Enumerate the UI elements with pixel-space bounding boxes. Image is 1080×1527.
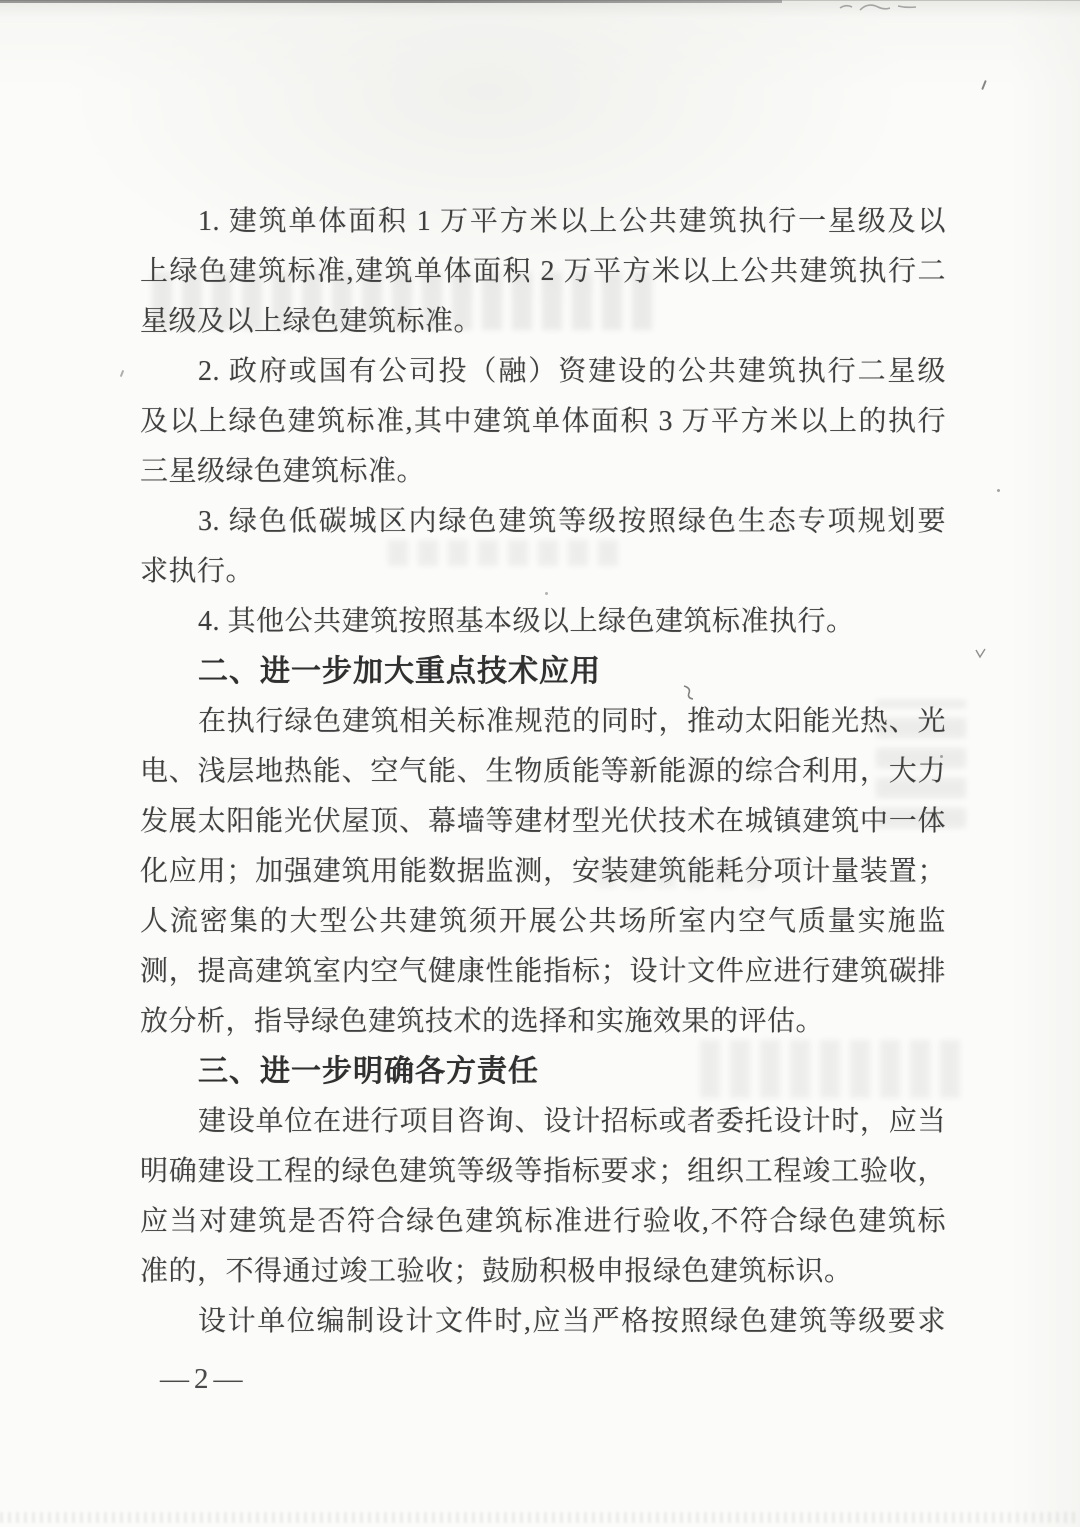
paragraph-line: 三星级绿色建筑标准。 xyxy=(140,447,946,497)
section-title: 二、进一步加大重点技术应用 xyxy=(140,647,946,697)
paragraph-line: 2. 政府或国有公司投（融）资建设的公共建筑执行二星级 xyxy=(140,347,946,397)
numbered-item-4: 4. 其他公共建筑按照基本级以上绿色建筑标准执行。 xyxy=(140,597,946,647)
paragraph-line: 放分析，指导绿色建筑技术的选择和实施效果的评估。 xyxy=(140,997,946,1047)
numbered-item-1: 1. 建筑单体面积 1 万平方米以上公共建筑执行一星级及以 上绿色建筑标准,建筑… xyxy=(140,197,946,347)
paragraph-line: 电、浅层地热能、空气能、生物质能等新能源的综合利用，大力 xyxy=(140,747,946,797)
paragraph-line: 准的，不得通过竣工验收；鼓励积极申报绿色建筑标识。 xyxy=(140,1247,946,1297)
paragraph-line: 设计单位编制设计文件时,应当严格按照绿色建筑等级要求 xyxy=(140,1297,946,1347)
paragraph-line: 1. 建筑单体面积 1 万平方米以上公共建筑执行一星级及以 xyxy=(140,197,946,247)
scan-top-edge-shadow xyxy=(0,0,782,3)
paragraph-line: 人流密集的大型公共建筑须开展公共场所室内空气质量实施监 xyxy=(140,897,946,947)
numbered-item-3: 3. 绿色低碳城区内绿色建筑等级按照绿色生态专项规划要 求执行。 xyxy=(140,497,946,597)
paragraph-line: 4. 其他公共建筑按照基本级以上绿色建筑标准执行。 xyxy=(140,597,946,647)
section-3-paragraph-2: 设计单位编制设计文件时,应当严格按照绿色建筑等级要求 xyxy=(140,1297,946,1347)
document-body: 1. 建筑单体面积 1 万平方米以上公共建筑执行一星级及以 上绿色建筑标准,建筑… xyxy=(140,197,946,1347)
scan-speck-dot xyxy=(997,489,1000,492)
paragraph-line: 在执行绿色建筑相关标准规范的同时，推动太阳能光热、光 xyxy=(140,697,946,747)
scan-speck-apostrophe xyxy=(120,370,124,377)
paragraph-line: 应当对建筑是否符合绿色建筑标准进行验收,不符合绿色建筑标 xyxy=(140,1197,946,1247)
paragraph-line: 及以上绿色建筑标准,其中建筑单体面积 3 万平方米以上的执行 xyxy=(140,397,946,447)
section-2-paragraph: 在执行绿色建筑相关标准规范的同时，推动太阳能光热、光 电、浅层地热能、空气能、生… xyxy=(140,697,946,1047)
scan-speck-slash xyxy=(981,80,987,90)
document-page: 1. 建筑单体面积 1 万平方米以上公共建筑执行一星级及以 上绿色建筑标准,建筑… xyxy=(0,0,1080,1527)
section-heading-3: 三、进一步明确各方责任 xyxy=(140,1047,946,1097)
scan-scribble-mark xyxy=(838,2,920,16)
scan-tick-mark xyxy=(974,648,988,660)
scan-bottom-noise xyxy=(0,1512,1080,1523)
paragraph-line: 3. 绿色低碳城区内绿色建筑等级按照绿色生态专项规划要 xyxy=(140,497,946,547)
paragraph-line: 星级及以上绿色建筑标准。 xyxy=(140,297,946,347)
paragraph-line: 上绿色建筑标准,建筑单体面积 2 万平方米以上公共建筑执行二 xyxy=(140,247,946,297)
numbered-item-2: 2. 政府或国有公司投（融）资建设的公共建筑执行二星级 及以上绿色建筑标准,其中… xyxy=(140,347,946,497)
paragraph-line: 求执行。 xyxy=(140,547,946,597)
paragraph-line: 建设单位在进行项目咨询、设计招标或者委托设计时，应当 xyxy=(140,1097,946,1147)
paragraph-line: 测，提高建筑室内空气健康性能指标；设计文件应进行建筑碳排 xyxy=(140,947,946,997)
section-title: 三、进一步明确各方责任 xyxy=(140,1047,946,1097)
section-heading-2: 二、进一步加大重点技术应用 xyxy=(140,647,946,697)
paragraph-line: 发展太阳能光伏屋顶、幕墙等建材型光伏技术在城镇建筑中一体 xyxy=(140,797,946,847)
page-number: —2— xyxy=(160,1358,248,1400)
section-3-paragraph-1: 建设单位在进行项目咨询、设计招标或者委托设计时，应当 明确建设工程的绿色建筑等级… xyxy=(140,1097,946,1297)
paragraph-line: 明确建设工程的绿色建筑等级等指标要求；组织工程竣工验收， xyxy=(140,1147,946,1197)
paragraph-line: 化应用；加强建筑用能数据监测，安装建筑能耗分项计量装置； xyxy=(140,847,946,897)
